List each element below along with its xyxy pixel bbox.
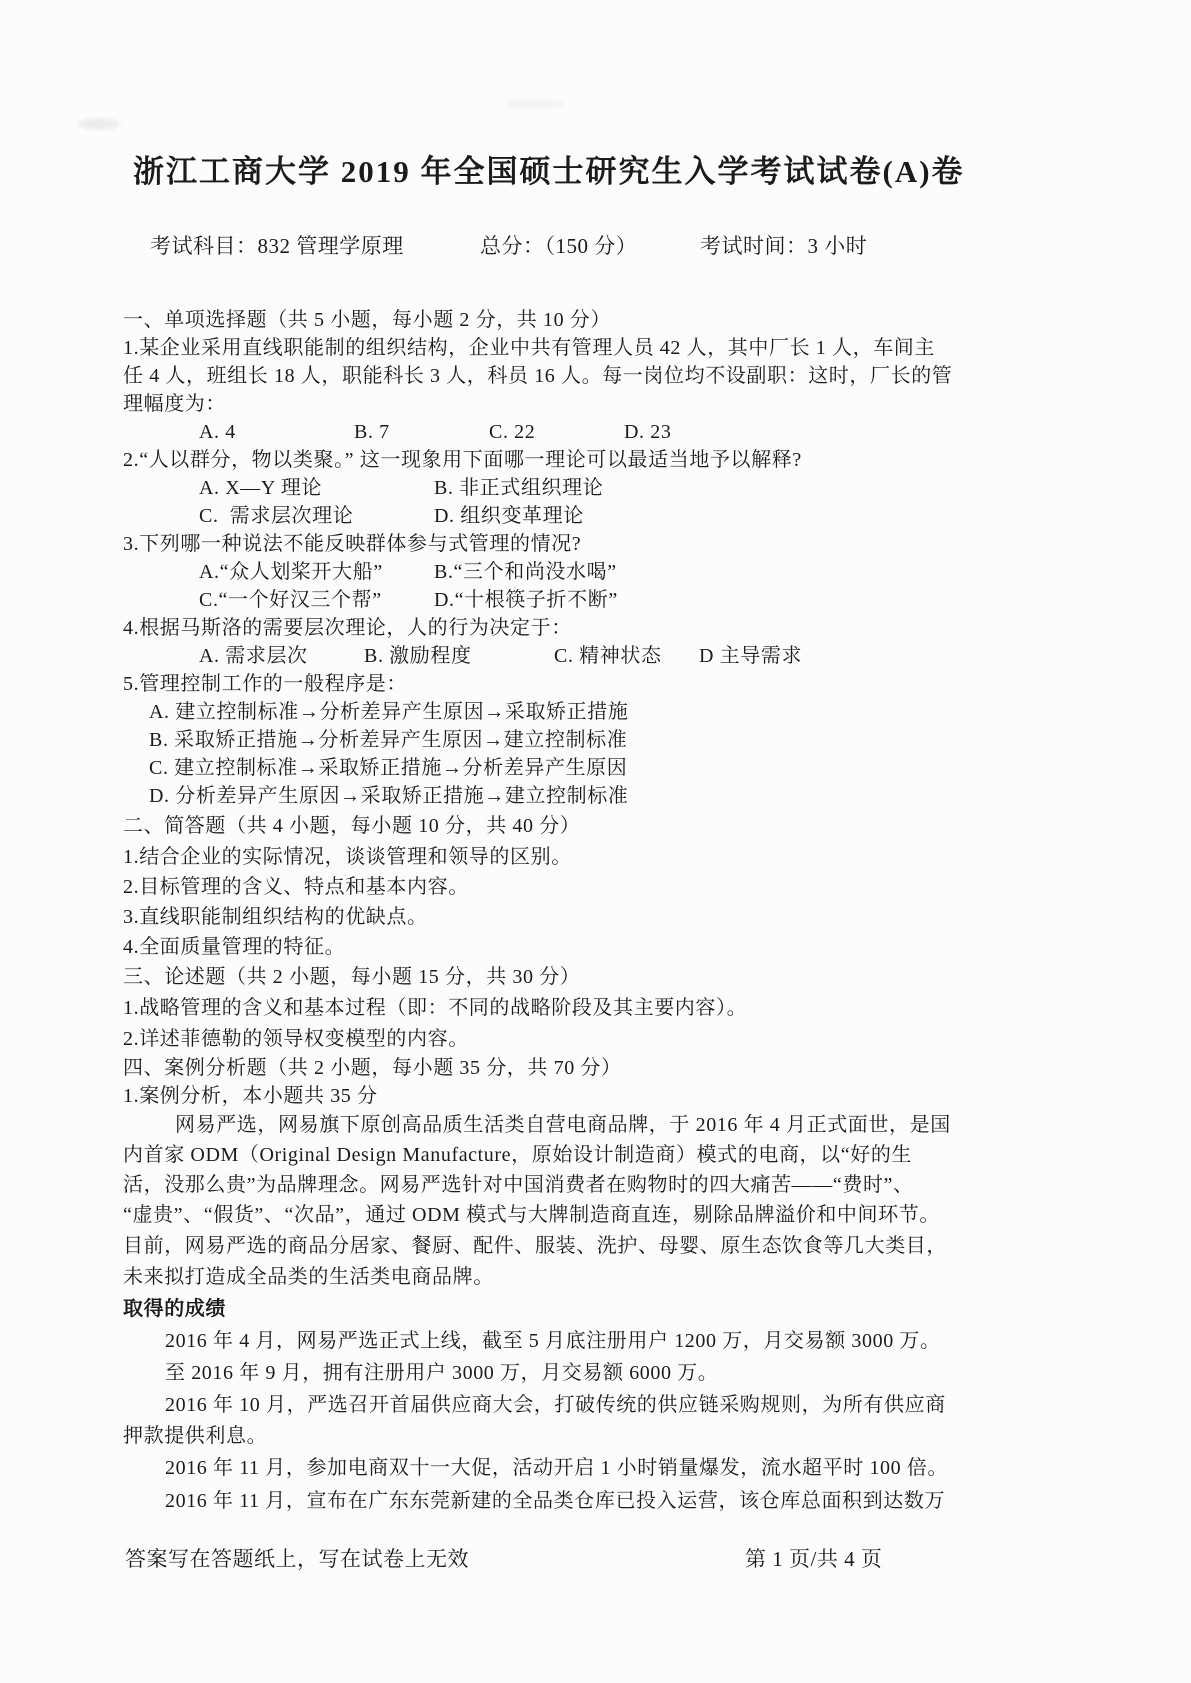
- exam-duration: 考试时间：3 小时: [700, 230, 867, 260]
- q2-option-a: A. X—Y 理论: [199, 474, 434, 502]
- q1-option-b: B. 7: [354, 418, 489, 446]
- q4-option-d: D 主导需求: [699, 642, 802, 670]
- exam-paper-page: 浙江工商大学 2019 年全国硕士研究生入学考试试卷(A)卷 考试科目：832 …: [0, 0, 1191, 1683]
- q5-option-b: B. 采取矫正措施→分析差异产生原因→建立控制标准: [123, 726, 1073, 754]
- q1-option-d: D. 23: [624, 418, 671, 446]
- exam-meta-row: 考试科目：832 管理学原理 总分：（150 分） 考试时间：3 小时: [0, 230, 1191, 260]
- q5-option-c: C. 建立控制标准→采取矫正措施→分析差异产生原因: [123, 754, 1073, 782]
- case-subheading: 1.案例分析，本小题共 35 分: [123, 1082, 1073, 1110]
- case-intro-line: 活，没那么贵”为品牌理念。网易严选针对中国消费者在购物时的四大痛苦——“费时”、: [123, 1170, 1073, 1200]
- achievement-line: 2016 年 11 月，参加电商双十一大促，活动开启 1 小时销量爆发，流水超平…: [123, 1451, 1073, 1485]
- answer-instruction-note: 答案写在答题纸上，写在试卷上无效: [125, 1543, 469, 1573]
- q2-option-b: B. 非正式组织理论: [434, 474, 603, 502]
- q4-option-c: C. 精神状态: [554, 642, 699, 670]
- case-intro-line: 目前，网易严选的商品分居家、餐厨、配件、服装、洗护、母婴、原生态饮食等几大类目，: [123, 1231, 1073, 1262]
- q1-stem-line: 理幅度为：: [123, 390, 1073, 418]
- q4-stem: 4.根据马斯洛的需要层次理论，人的行为决定于：: [123, 614, 1073, 642]
- achievement-line: 2016 年 10 月，严选召开首届供应商大会，打破传统的供应链采购规则，为所有…: [123, 1390, 1073, 1421]
- case-intro-line: 未来拟打造成全品类的生活类电商品牌。: [123, 1262, 1073, 1293]
- q3-stem: 3.下列哪一种说法不能反映群体参与式管理的情况?: [123, 530, 1073, 558]
- case-intro-line: “虚贵”、“假货”、“次品”，通过 ODM 模式与大牌制造商直连，剔除品牌溢价和…: [123, 1200, 1073, 1231]
- q3-options-row: A.“众人划桨开大船” B.“三个和尚没水喝”: [123, 558, 1073, 586]
- case-intro-line: 网易严选，网易旗下原创高品质生活类自营电商品牌，于 2016 年 4 月正式面世…: [123, 1110, 1073, 1140]
- page-number: 第 1 页/共 4 页: [745, 1543, 882, 1573]
- q2-options-row: A. X—Y 理论 B. 非正式组织理论: [123, 474, 1073, 502]
- scan-smudge: [505, 100, 565, 108]
- section-choice-heading: 一、单项选择题（共 5 小题，每小题 2 分，共 10 分）: [123, 306, 1073, 334]
- q3-options-row: C.“一个好汉三个帮” D.“十根筷子折不断”: [123, 586, 1073, 614]
- page-footer: 答案写在答题纸上，写在试卷上无效 第 1 页/共 4 页: [0, 1543, 1191, 1573]
- q2-option-d: D. 组织变革理论: [434, 502, 584, 530]
- q5-stem: 5.管理控制工作的一般程序是：: [123, 670, 1073, 698]
- achievement-line: 至 2016 年 9 月，拥有注册用户 3000 万，月交易额 6000 万。: [123, 1357, 1073, 1390]
- q3-option-a: A.“众人划桨开大船”: [199, 558, 434, 586]
- q1-stem-line: 任 4 人，班组长 18 人，职能科长 3 人，科员 16 人。每一岗位均不设副…: [123, 362, 1073, 390]
- section-essay-heading: 三、论述题（共 2 小题，每小题 15 分，共 30 分）: [123, 962, 1073, 992]
- achievement-line: 押款提供利息。: [123, 1421, 1073, 1451]
- exam-subject: 考试科目：832 管理学原理: [150, 230, 404, 260]
- q1-option-c: C. 22: [489, 418, 624, 446]
- q3-option-d: D.“十根筷子折不断”: [434, 586, 618, 614]
- q2-options-row: C. 需求层次理论 D. 组织变革理论: [123, 502, 1073, 530]
- q3-option-b: B.“三个和尚没水喝”: [434, 558, 617, 586]
- short-item: 4.全面质量管理的特征。: [123, 932, 1073, 962]
- section-short-heading: 二、简答题（共 4 小题，每小题 10 分，共 40 分）: [123, 810, 1073, 842]
- case-achievements-heading: 取得的成绩: [123, 1293, 1073, 1326]
- achievement-line: 2016 年 4 月，网易严选正式上线，截至 5 月底注册用户 1200 万，月…: [123, 1326, 1073, 1357]
- q3-option-c: C.“一个好汉三个帮”: [199, 586, 434, 614]
- achievement-line: 2016 年 11 月，宣布在广东东莞新建的全品类仓库已投入运营，该仓库总面积到…: [123, 1485, 1073, 1518]
- short-item: 2.目标管理的含义、特点和基本内容。: [123, 872, 1073, 902]
- essay-item: 1.战略管理的含义和基本过程（即：不同的战略阶段及其主要内容）。: [123, 992, 1073, 1024]
- short-item: 1.结合企业的实际情况，谈谈管理和领导的区别。: [123, 842, 1073, 872]
- exam-total-score: 总分：（150 分）: [480, 230, 637, 260]
- essay-item: 2.详述菲德勒的领导权变模型的内容。: [123, 1024, 1073, 1054]
- q5-option-a: A. 建立控制标准→分析差异产生原因→采取矫正措施: [123, 698, 1073, 726]
- exam-body: 一、单项选择题（共 5 小题，每小题 2 分，共 10 分） 1.某企业采用直线…: [123, 306, 1073, 1518]
- q4-option-a: A. 需求层次: [199, 642, 364, 670]
- q4-option-b: B. 激励程度: [364, 642, 554, 670]
- section-case-heading: 四、案例分析题（共 2 小题，每小题 35 分，共 70 分）: [123, 1054, 1073, 1082]
- q5-option-d: D. 分析差异产生原因→采取矫正措施→建立控制标准: [123, 782, 1073, 810]
- case-intro-line: 内首家 ODM（Original Design Manufacture，原始设计…: [123, 1140, 1073, 1170]
- q2-option-c: C. 需求层次理论: [199, 502, 434, 530]
- scan-smudge: [78, 118, 120, 130]
- q4-options-row: A. 需求层次 B. 激励程度 C. 精神状态 D 主导需求: [123, 642, 1073, 670]
- q1-stem-line: 1.某企业采用直线职能制的组织结构，企业中共有管理人员 42 人，其中厂长 1 …: [123, 334, 1073, 362]
- q1-options-row: A. 4 B. 7 C. 22 D. 23: [123, 418, 1073, 446]
- exam-title: 浙江工商大学 2019 年全国硕士研究生入学考试试卷(A)卷: [133, 146, 965, 191]
- q1-option-a: A. 4: [199, 418, 354, 446]
- q2-stem: 2.“人以群分，物以类聚。” 这一现象用下面哪一理论可以最适当地予以解释?: [123, 446, 1073, 474]
- short-item: 3.直线职能制组织结构的优缺点。: [123, 902, 1073, 932]
